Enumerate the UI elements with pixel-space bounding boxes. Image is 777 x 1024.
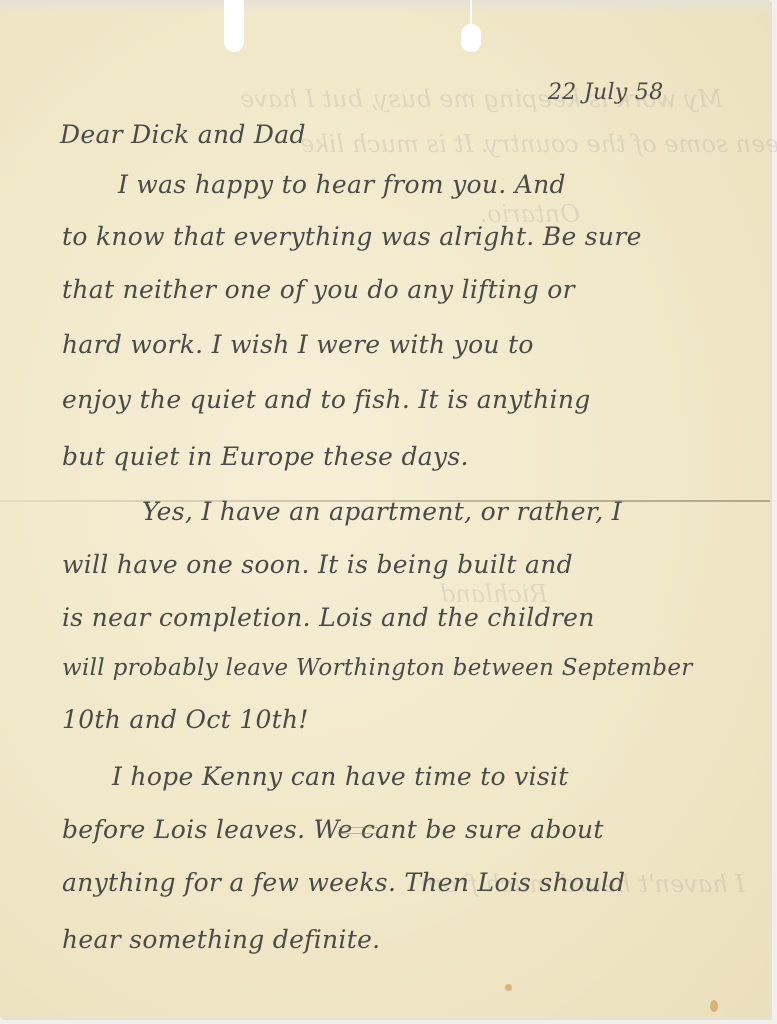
letter-line: Yes, I have an apartment, or rather, I <box>142 497 622 526</box>
pencil-underline-mark <box>338 827 378 834</box>
letter-line: but quiet in Europe these days. <box>62 442 469 471</box>
letter-line: 10th and Oct 10th! <box>62 705 309 734</box>
letter-line: hard work. I wish I were with you to <box>62 330 534 359</box>
paper-stain <box>505 984 512 991</box>
letter-line: I was happy to hear from you. And <box>118 170 566 199</box>
letter-line: hear something definite. <box>62 925 380 954</box>
letter-line: to know that everything was alright. Be … <box>62 222 642 251</box>
letter-line: will probably leave Worthington between … <box>62 655 693 681</box>
letter-page: My work is keeping me busy, but I have s… <box>0 0 770 1018</box>
bleed-through-text: seen some of the country. It is much lik… <box>300 130 777 158</box>
letter-line: is near completion. Lois and the childre… <box>62 603 595 632</box>
letter-line: that neither one of you do any lifting o… <box>62 275 575 304</box>
letter-date: 22 July 58 <box>548 80 663 105</box>
letter-line: enjoy the quiet and to fish. It is anyth… <box>62 385 591 414</box>
binder-hole-right <box>461 24 481 52</box>
paper-stain <box>710 1000 718 1012</box>
letter-line: before Lois leaves. We cant be sure abou… <box>62 815 604 844</box>
letter-salutation: Dear Dick and Dad <box>60 120 306 149</box>
letter-line: will have one soon. It is being built an… <box>62 550 573 579</box>
letter-line: I hope Kenny can have time to visit <box>112 762 569 791</box>
letter-line: anything for a few weeks. Then Lois shou… <box>62 868 625 897</box>
binder-hole-left <box>224 0 244 52</box>
